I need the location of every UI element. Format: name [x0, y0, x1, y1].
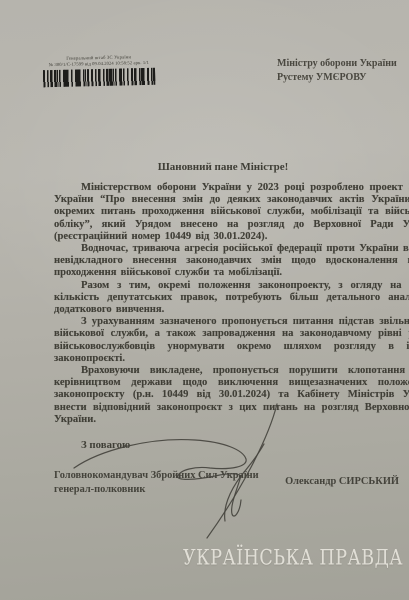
signer-position-line2: генерал-полковник	[54, 483, 259, 497]
barcode	[43, 68, 155, 88]
paragraph-2: Водночас, триваюча агресія російської фе…	[54, 243, 409, 280]
closing-phrase: З повагою	[54, 439, 409, 451]
ukrainska-pravda-watermark: УКРАЇНСЬКА ПРАВДА	[183, 546, 403, 570]
signer-name: Олександр СИРСЬКИЙ	[285, 476, 399, 487]
recipient-title: Міністру оборони України	[277, 57, 407, 71]
salutation: Шановний пане Міністре!	[54, 161, 409, 173]
letter-body: Шановний пане Міністре! Міністерством об…	[54, 161, 409, 496]
paragraph-3: Разом з тим, окремі положення законопрое…	[54, 280, 409, 317]
registration-stamp: Генеральний штаб ЗС України № 300/1/С-17…	[40, 54, 159, 88]
stamp-number-line: № 300/1/С-17599 від 09.04.2024 10:58:52 …	[40, 60, 158, 69]
letter-page: Генеральний штаб ЗС України № 300/1/С-17…	[0, 0, 409, 600]
paragraph-4: З урахуванням зазначеного пропонується п…	[54, 316, 409, 365]
signature-block: Головнокомандувач Збройних Сил України г…	[54, 469, 399, 496]
paragraph-5: Враховуючи викладене, пропонується поруш…	[54, 365, 409, 426]
signer-position-line1: Головнокомандувач Збройних Сил України	[54, 469, 259, 483]
signer-position: Головнокомандувач Збройних Сил України г…	[54, 469, 259, 496]
document-photo: Генеральний штаб ЗС України № 300/1/С-17…	[0, 0, 409, 600]
recipient-name: Рустему УМЄРОВУ	[277, 71, 407, 85]
recipient-block: Міністру оборони України Рустему УМЄРОВУ	[277, 57, 407, 84]
paragraph-1: Міністерством оборони України у 2023 роц…	[54, 182, 409, 243]
